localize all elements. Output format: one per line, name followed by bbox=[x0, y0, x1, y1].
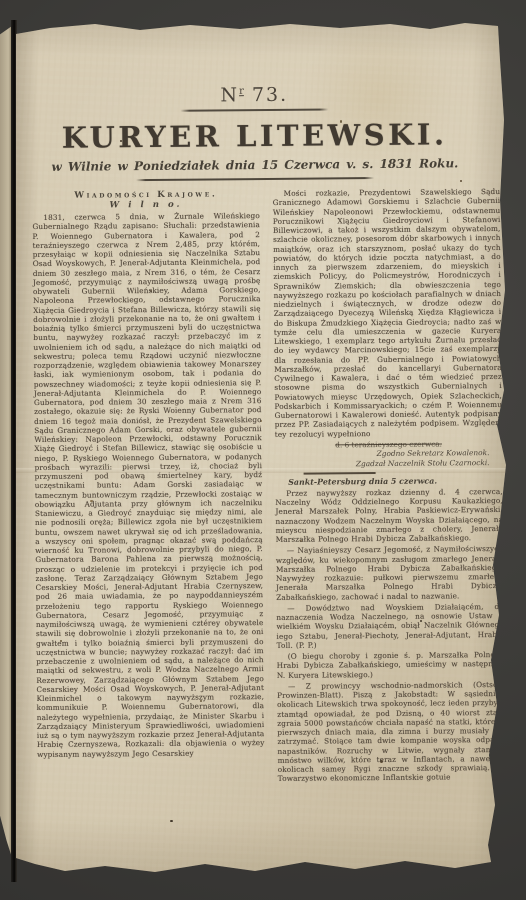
issue-number: Nr 73. bbox=[31, 82, 477, 108]
section-divider-rule bbox=[303, 472, 375, 474]
news-paragraph: — Dowództwo nad Woyskiem Działaiącém, do… bbox=[276, 602, 504, 650]
newspaper-page: Nr 73. KURYER LITEWSKI. w Wilnie w Ponie… bbox=[14, 22, 506, 878]
news-paragraph: — Z prowincyy wschodnio-nadmorskich (Ost… bbox=[277, 680, 505, 784]
wilno-subheading: W i l n o. bbox=[32, 199, 260, 211]
newspaper-title: KURYER LITEWSKI. bbox=[32, 117, 478, 155]
issue-number-rule bbox=[180, 108, 328, 111]
petersburg-dateline: Sankt-Petersburg dnia 5 czerwca. bbox=[275, 476, 503, 488]
news-paragraph: (O biegu choroby i zgonie ś. p. Marszałk… bbox=[277, 650, 505, 680]
issue-number-prefix: N bbox=[220, 84, 239, 106]
page-content: Nr 73. KURYER LITEWSKI. w Wilnie w Ponie… bbox=[31, 58, 505, 788]
masthead: Nr 73. KURYER LITEWSKI. w Wilnie w Ponie… bbox=[31, 82, 478, 182]
masthead-rule bbox=[136, 177, 374, 181]
signature-desk-chief: Zgadzał Naczelnik Stołu Czarnocki. bbox=[275, 458, 503, 470]
article-columns: Wiadomości Krajowe. W i l n o. 1831, cze… bbox=[32, 187, 505, 788]
scan-background: Nr 73. KURYER LITEWSKI. w Wilnie w Ponie… bbox=[0, 0, 526, 900]
paper-speckle bbox=[170, 820, 173, 822]
right-column: Mości rozkazie, Prezydentowi Szawelskieg… bbox=[273, 187, 506, 786]
issue-number-value: 73. bbox=[244, 84, 288, 106]
news-paragraph: — Nayiaśnieyszy Cesarz Jegomość, z Naymi… bbox=[276, 544, 504, 601]
left-column: Wiadomości Krajowe. W i l n o. 1831, cze… bbox=[32, 189, 265, 788]
news-paragraph: Przez naywyższy rozkaz dzienny d. 4 czer… bbox=[275, 487, 503, 544]
masthead-dateline: w Wilnie w Poniedziałek dnia 15 Czerwca … bbox=[32, 156, 478, 174]
left-column-body: 1831, czerwca 5 dnia, w Żurnale Wileński… bbox=[32, 211, 264, 759]
continuation-paragraph: Mości rozkazie, Prezydentowi Szawelskieg… bbox=[273, 187, 503, 439]
